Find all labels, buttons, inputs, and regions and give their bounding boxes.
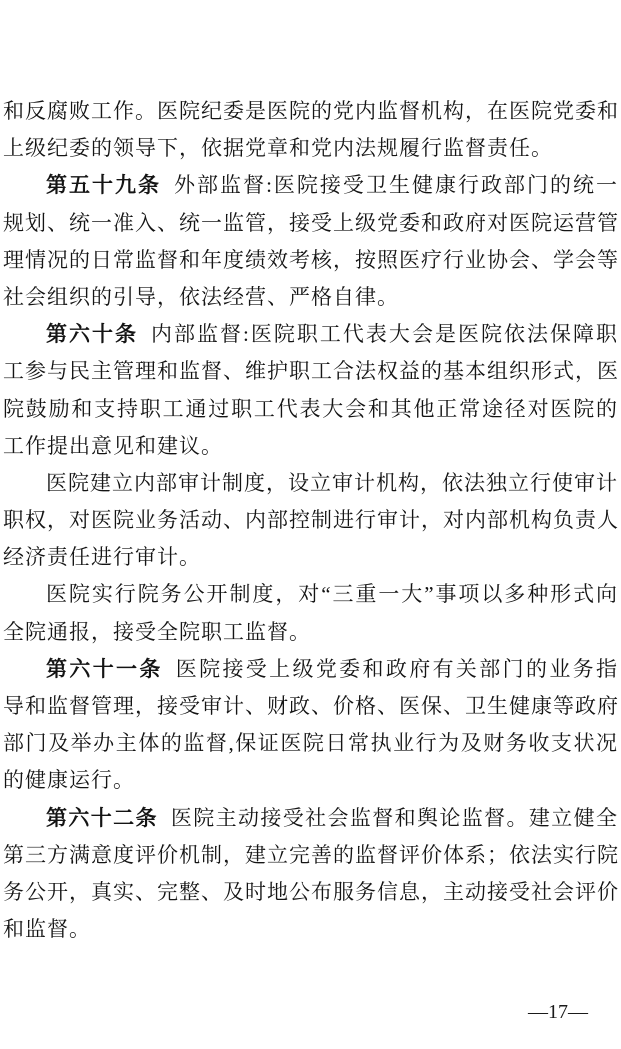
text-line: 和反腐败工作。医院纪委是医院的党内监督机构，在医院党委和 xyxy=(3,93,618,130)
article-number-label: 第六十条 xyxy=(46,322,138,346)
line-text: 务公开，真实、完整、及时地公布服务信息，主动接受社会评价 xyxy=(3,880,619,904)
line-text: 理情况的日常监督和年度绩效考核，按照医疗行业协会、学会等 xyxy=(3,248,619,272)
paragraph: 和反腐败工作。医院纪委是医院的党内监督机构，在医院党委和上级纪委的领导下，依据党… xyxy=(3,93,618,167)
text-line: 的健康运行。 xyxy=(3,762,618,799)
line-text: 经济责任进行审计。 xyxy=(3,545,201,569)
line-text: 工作提出意见和建议。 xyxy=(3,434,223,458)
text-line: 第三方满意度评价机制，建立完善的监督评价体系；依法实行院 xyxy=(3,837,618,874)
text-line: 经济责任进行审计。 xyxy=(3,539,618,576)
line-text: 外部监督:医院接受卫生健康行政部门的统一 xyxy=(174,173,618,197)
paragraph: 医院实行院务公开制度，对“三重一大”事项以多种形式向全院通报，接受全院职工监督。 xyxy=(3,576,618,650)
line-text: 医院主动接受社会监督和舆论监督。建立健全 xyxy=(171,806,618,830)
line-text: 院鼓励和支持职工通过职工代表大会和其他正常途径对医院的 xyxy=(3,397,618,421)
line-text: 部门及举办主体的监督,保证医院日常执业行为及财务收支状况 xyxy=(3,731,618,755)
page-number: —17— xyxy=(528,1001,588,1024)
paragraph: 医院建立内部审计制度，设立审计机构，依法独立行使审计职权，对医院业务活动、内部控… xyxy=(3,465,618,577)
document-page: 和反腐败工作。医院纪委是医院的党内监督机构，在医院党委和上级纪委的领导下，依据党… xyxy=(0,0,621,1049)
text-line: 第五十九条外部监督:医院接受卫生健康行政部门的统一 xyxy=(3,167,618,204)
text-line: 务公开，真实、完整、及时地公布服务信息，主动接受社会评价 xyxy=(3,874,618,911)
text-line: 工作提出意见和建议。 xyxy=(3,428,618,465)
line-text: 医院实行院务公开制度，对“三重一大”事项以多种形式向 xyxy=(46,582,618,606)
text-line: 部门及举办主体的监督,保证医院日常执业行为及财务收支状况 xyxy=(3,725,618,762)
text-line: 医院建立内部审计制度，设立审计机构，依法独立行使审计 xyxy=(3,465,618,502)
text-line: 院鼓励和支持职工通过职工代表大会和其他正常途径对医院的 xyxy=(3,391,618,428)
line-text: 医院接受上级党委和政府有关部门的业务指 xyxy=(176,657,618,681)
line-text: 的健康运行。 xyxy=(3,768,135,792)
line-text: 全院通报，接受全院职工监督。 xyxy=(3,620,311,644)
text-line: 导和监督管理，接受审计、财政、价格、医保、卫生健康等政府 xyxy=(3,688,618,725)
line-text: 和反腐败工作。医院纪委是医院的党内监督机构，在医院党委和 xyxy=(3,99,619,123)
text-line: 医院实行院务公开制度，对“三重一大”事项以多种形式向 xyxy=(3,576,618,613)
article-number-label: 第六十一条 xyxy=(46,657,163,681)
line-text: 和监督。 xyxy=(3,917,91,941)
line-text: 第三方满意度评价机制，建立完善的监督评价体系；依法实行院 xyxy=(3,843,619,867)
line-text: 社会组织的引导，依法经营、严格自律。 xyxy=(3,285,399,309)
text-line: 第六十一条医院接受上级党委和政府有关部门的业务指 xyxy=(3,651,618,688)
text-line: 和监督。 xyxy=(3,911,618,948)
paragraph: 第五十九条外部监督:医院接受卫生健康行政部门的统一规划、统一准入、统一监管，接受… xyxy=(3,167,618,316)
document-text-block: 和反腐败工作。医院纪委是医院的党内监督机构，在医院党委和上级纪委的领导下，依据党… xyxy=(3,93,618,948)
line-text: 内部监督:医院职工代表大会是医院依法保障职 xyxy=(151,322,618,346)
line-text: 医院建立内部审计制度，设立审计机构，依法独立行使审计 xyxy=(46,471,618,495)
article-number-label: 第六十二条 xyxy=(46,806,158,830)
text-line: 第六十二条医院主动接受社会监督和舆论监督。建立健全 xyxy=(3,800,618,837)
line-text: 工参与民主管理和监督、维护职工合法权益的基本组织形式，医 xyxy=(3,359,619,383)
text-line: 全院通报，接受全院职工监督。 xyxy=(3,614,618,651)
text-line: 理情况的日常监督和年度绩效考核，按照医疗行业协会、学会等 xyxy=(3,242,618,279)
text-line: 职权，对医院业务活动、内部控制进行审计，对内部机构负责人 xyxy=(3,502,618,539)
paragraph: 第六十条内部监督:医院职工代表大会是医院依法保障职工参与民主管理和监督、维护职工… xyxy=(3,316,618,465)
paragraph: 第六十二条医院主动接受社会监督和舆论监督。建立健全第三方满意度评价机制，建立完善… xyxy=(3,800,618,949)
text-line: 上级纪委的领导下，依据党章和党内法规履行监督责任。 xyxy=(3,130,618,167)
text-line: 工参与民主管理和监督、维护职工合法权益的基本组织形式，医 xyxy=(3,353,618,390)
line-text: 职权，对医院业务活动、内部控制进行审计，对内部机构负责人 xyxy=(3,508,619,532)
line-text: 导和监督管理，接受审计、财政、价格、医保、卫生健康等政府 xyxy=(3,694,619,718)
line-text: 上级纪委的领导下，依据党章和党内法规履行监督责任。 xyxy=(3,136,553,160)
text-line: 社会组织的引导，依法经营、严格自律。 xyxy=(3,279,618,316)
text-line: 规划、统一准入、统一监管，接受上级党委和政府对医院运营管 xyxy=(3,205,618,242)
line-text: 规划、统一准入、统一监管，接受上级党委和政府对医院运营管 xyxy=(3,211,619,235)
text-line: 第六十条内部监督:医院职工代表大会是医院依法保障职 xyxy=(3,316,618,353)
article-number-label: 第五十九条 xyxy=(46,173,161,197)
paragraph: 第六十一条医院接受上级党委和政府有关部门的业务指导和监督管理，接受审计、财政、价… xyxy=(3,651,618,800)
